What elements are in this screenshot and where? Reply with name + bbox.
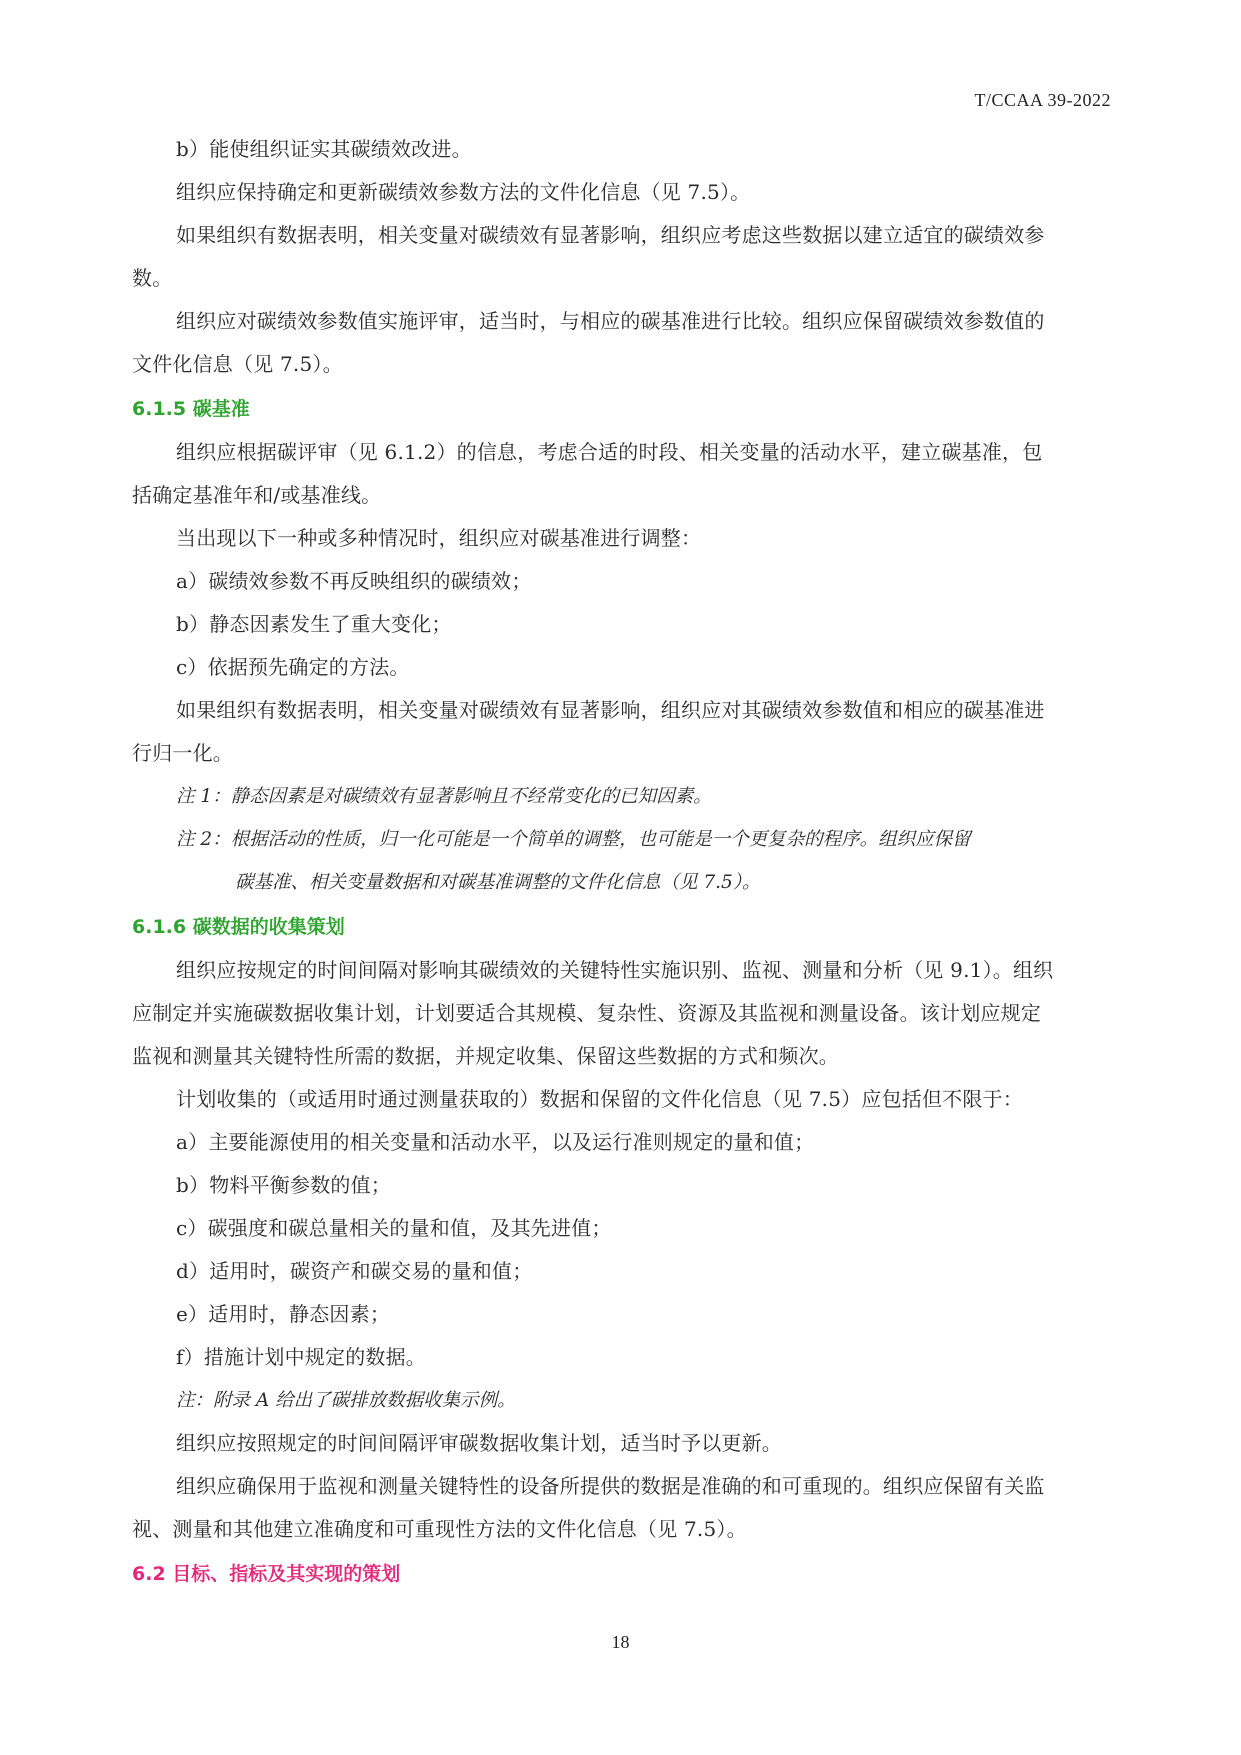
paragraph-line: 应制定并实施碳数据收集计划，计划要适合其规模、复杂性、资源及其监视和测量设备。该… (132, 992, 1110, 1035)
list-item: c）依据预先确定的方法。 (132, 646, 1110, 689)
paragraph-line: 行归一化。 (132, 732, 1110, 775)
list-item: f）措施计划中规定的数据。 (132, 1336, 1110, 1379)
paragraph-line: 组织应根据碳评审（见 6.1.2）的信息，考虑合适的时段、相关变量的活动水平，建… (132, 431, 1110, 474)
paragraph: 计划收集的（或适用时通过测量获取的）数据和保留的文件化信息（见 7.5）应包括但… (132, 1078, 1110, 1121)
list-item: b）物料平衡参数的值； (132, 1164, 1110, 1207)
list-item: d）适用时，碳资产和碳交易的量和值； (132, 1250, 1110, 1293)
paragraph-line: 组织应按规定的时间间隔对影响其碳绩效的关键特性实施识别、监视、测量和分析（见 9… (132, 949, 1110, 992)
document-page: T/CCAA 39-2022 b）能使组织证实其碳绩效改进。 组织应保持确定和更… (0, 0, 1241, 1755)
note: 注 1：静态因素是对碳绩效有显著影响且不经常变化的已知因素。 (132, 775, 1110, 818)
page-content: b）能使组织证实其碳绩效改进。 组织应保持确定和更新碳绩效参数方法的文件化信息（… (132, 128, 1110, 1596)
paragraph-line: 如果组织有数据表明，相关变量对碳绩效有显著影响，组织应对其碳绩效参数值和相应的碳… (132, 689, 1110, 732)
list-item: b）能使组织证实其碳绩效改进。 (132, 128, 1110, 171)
paragraph-line: 括确定基准年和/或基准线。 (132, 474, 1110, 517)
paragraph: 组织应按照规定的时间间隔评审碳数据收集计划，适当时予以更新。 (132, 1422, 1110, 1465)
note-line: 碳基准、相关变量数据和对碳基准调整的文件化信息（见 7.5）。 (132, 861, 1110, 904)
note: 注：附录 A 给出了碳排放数据收集示例。 (132, 1379, 1110, 1422)
paragraph: 当出现以下一种或多种情况时，组织应对碳基准进行调整： (132, 517, 1110, 560)
list-item: a）主要能源使用的相关变量和活动水平，以及运行准则规定的量和值； (132, 1121, 1110, 1164)
paragraph-line: 视、测量和其他建立准确度和可重现性方法的文件化信息（见 7.5）。 (132, 1508, 1110, 1551)
section-heading-6-1-5: 6.1.5 碳基准 (132, 388, 1110, 431)
document-code: T/CCAA 39-2022 (974, 90, 1111, 111)
list-item: a）碳绩效参数不再反映组织的碳绩效； (132, 560, 1110, 603)
page-number: 18 (0, 1632, 1241, 1653)
paragraph-line: 文件化信息（见 7.5）。 (132, 343, 1110, 386)
paragraph-line: 如果组织有数据表明，相关变量对碳绩效有显著影响，组织应考虑这些数据以建立适宜的碳… (132, 214, 1110, 257)
paragraph: 组织应保持确定和更新碳绩效参数方法的文件化信息（见 7.5）。 (132, 171, 1110, 214)
list-item: b）静态因素发生了重大变化； (132, 603, 1110, 646)
paragraph-line: 数。 (132, 257, 1110, 300)
section-heading-6-2: 6.2 目标、指标及其实现的策划 (132, 1553, 1110, 1596)
list-item: c）碳强度和碳总量相关的量和值，及其先进值； (132, 1207, 1110, 1250)
section-heading-6-1-6: 6.1.6 碳数据的收集策划 (132, 906, 1110, 949)
paragraph-line: 组织应确保用于监视和测量关键特性的设备所提供的数据是准确的和可重现的。组织应保留… (132, 1465, 1110, 1508)
paragraph-line: 组织应对碳绩效参数值实施评审，适当时，与相应的碳基准进行比较。组织应保留碳绩效参… (132, 300, 1110, 343)
paragraph-line: 监视和测量其关键特性所需的数据，并规定收集、保留这些数据的方式和频次。 (132, 1035, 1110, 1078)
note-line: 注 2：根据活动的性质，归一化可能是一个简单的调整，也可能是一个更复杂的程序。组… (132, 818, 1110, 861)
list-item: e）适用时，静态因素； (132, 1293, 1110, 1336)
